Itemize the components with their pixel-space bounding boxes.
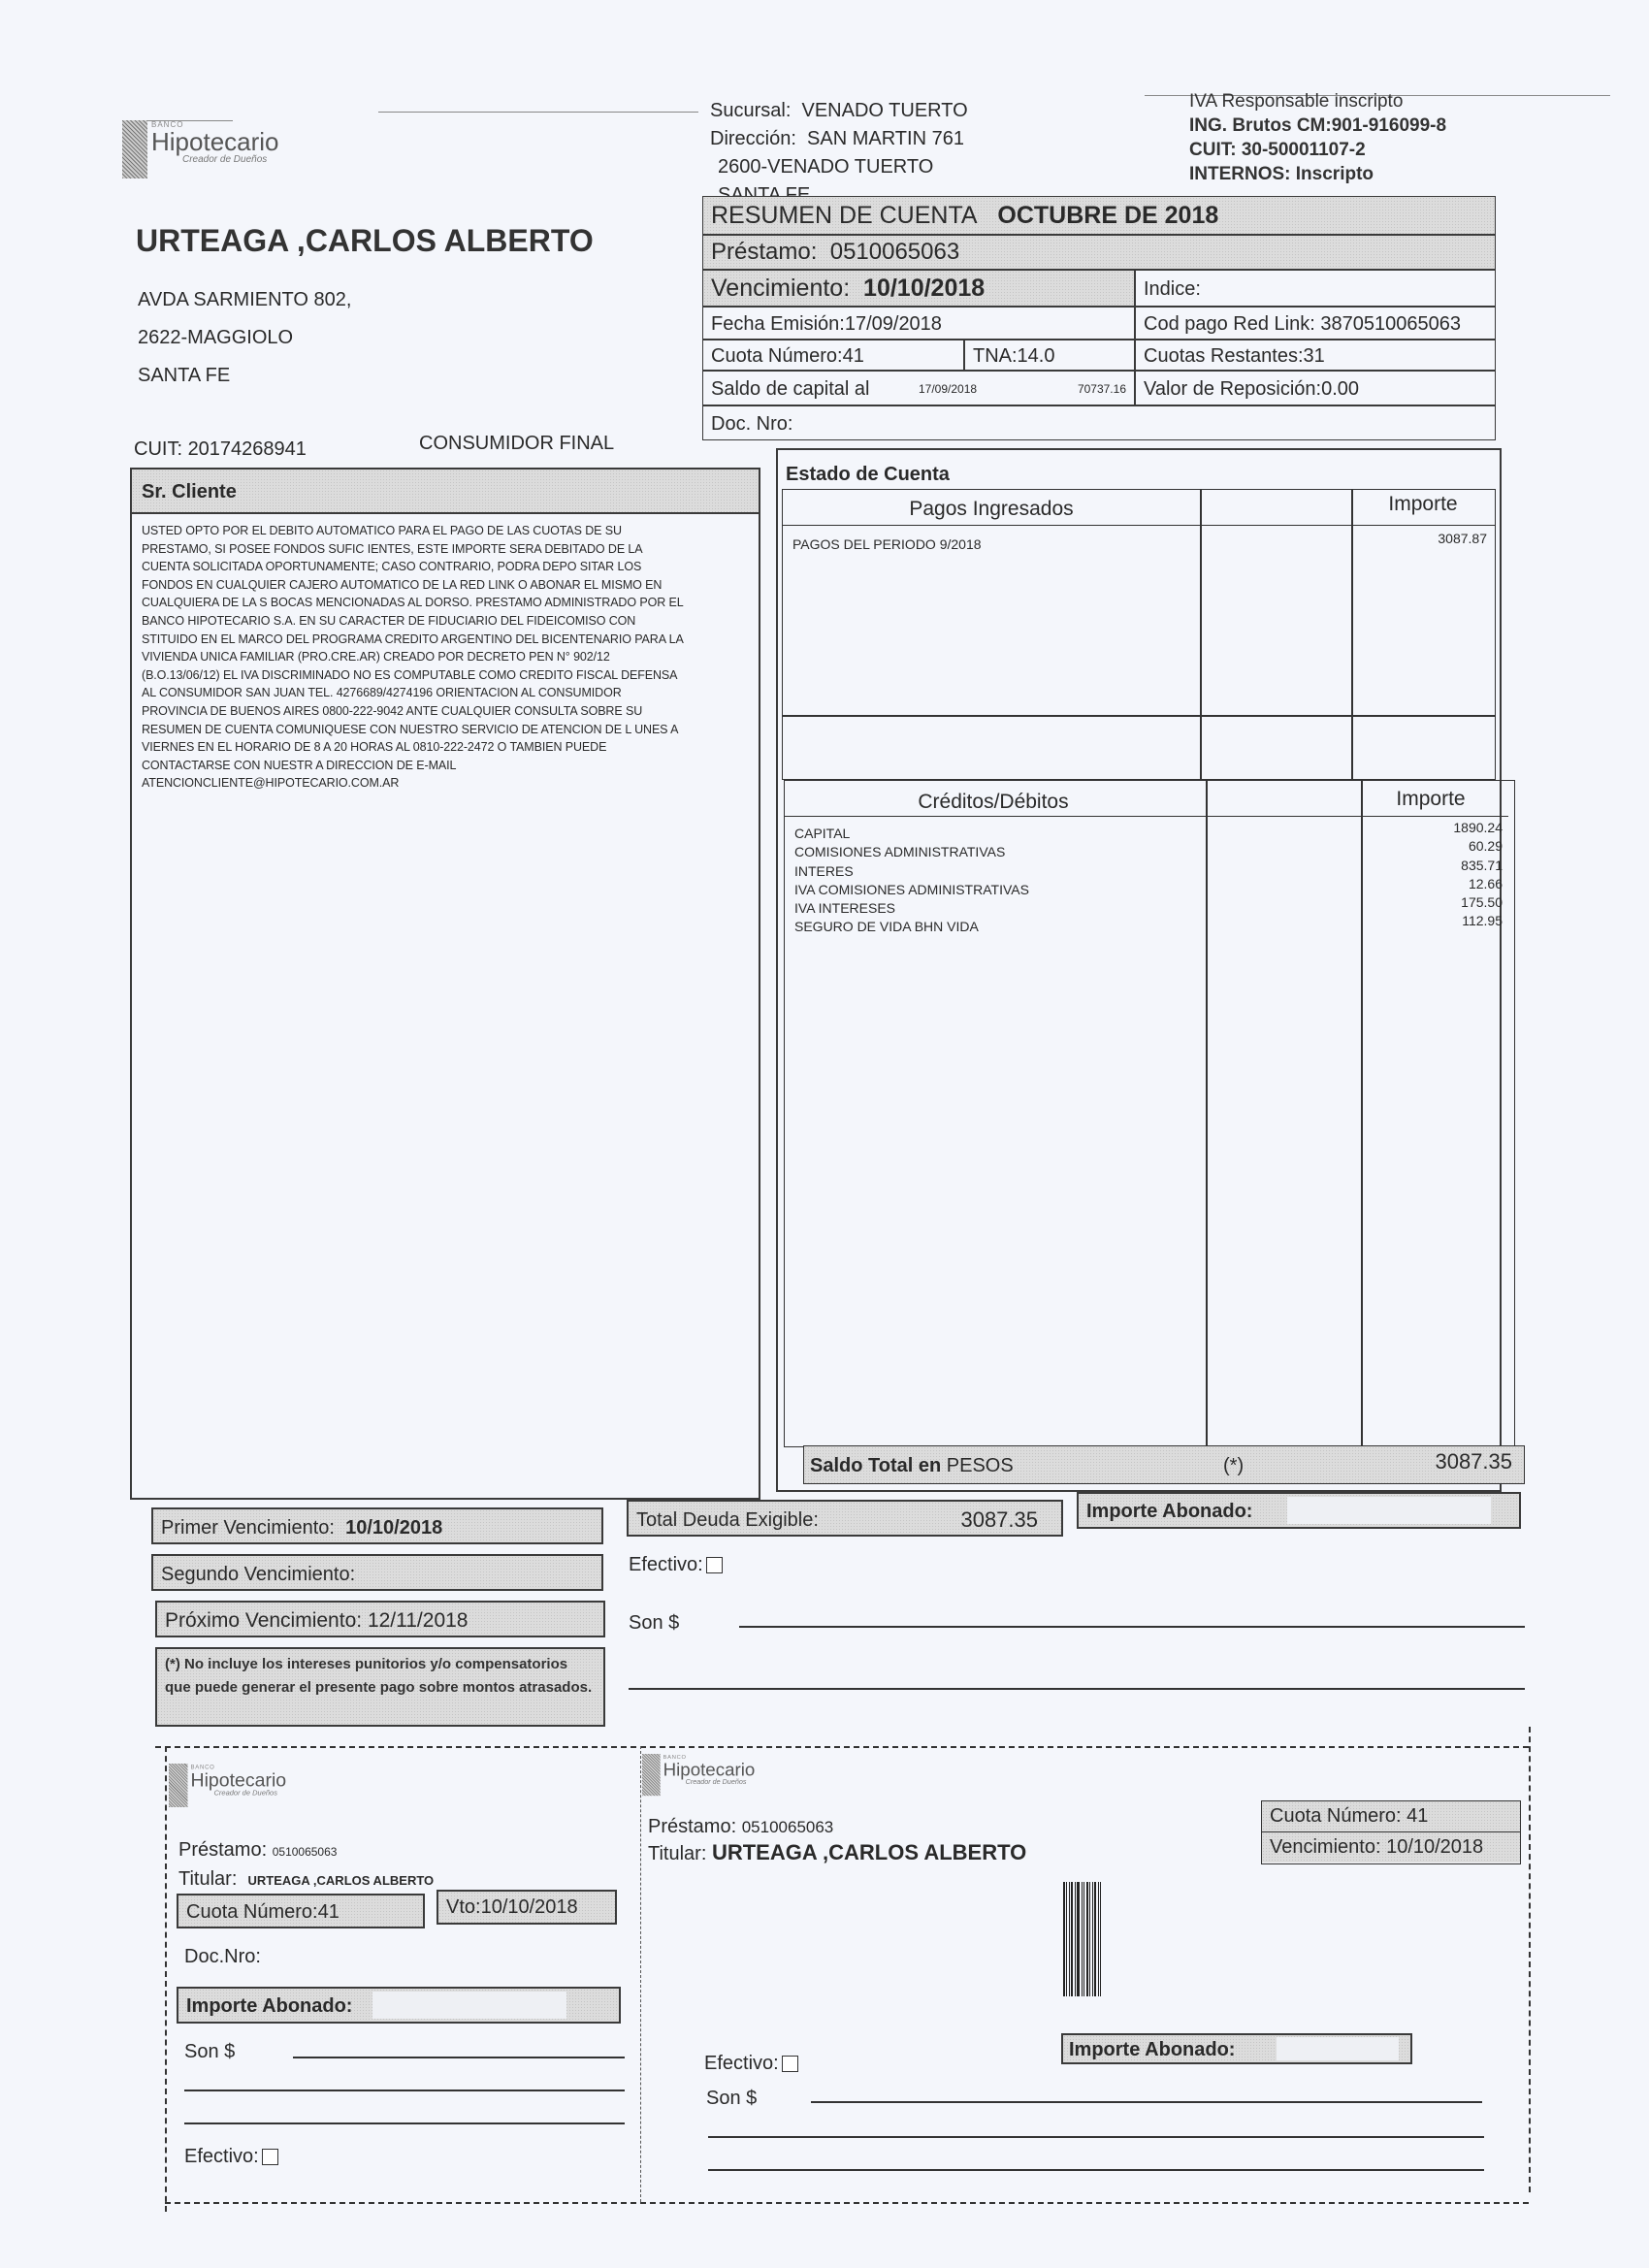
stub-left-titular-label: Titular: (178, 1868, 237, 1890)
stub-left-importe-input[interactable] (372, 1992, 566, 2019)
tax-info: IVA Responsable inscripto ING. Brutos CM… (1189, 89, 1446, 186)
cut-line-bottom (165, 2202, 1529, 2204)
segundo-vencimiento: Segundo Vencimiento: (151, 1554, 603, 1591)
stub-left-importe-label: Importe Abonado: (186, 1995, 352, 2017)
vencimiento-label: Vencimiento: (711, 275, 850, 302)
row-amount: 1890.24 (1453, 820, 1503, 835)
importe-abonado-field[interactable]: Importe Abonado: (1077, 1492, 1521, 1529)
cod-pago-red-link: Cod pago Red Link: 3870510065063 (1135, 307, 1496, 340)
prestamo-value: 0510065063 (830, 239, 959, 265)
total-currency: PESOS (947, 1455, 1014, 1476)
row-amount: 175.50 (1461, 894, 1503, 910)
notice-line: AL CONSUMIDOR SAN JUAN TEL. 4276689/4274… (142, 684, 749, 702)
barcode-icon (1063, 1882, 1106, 1996)
stub-right-logo: BANCO Hipotecario Creador de Dueños (642, 1754, 755, 1796)
stub-left-efectivo-label: Efectivo: (184, 2146, 259, 2167)
row-amount: 835.71 (1461, 858, 1503, 873)
stub-left-prestamo: 0510065063 (273, 1845, 338, 1859)
cut-line-right (1529, 1727, 1531, 2192)
stub-right-importe-abonado[interactable]: Importe Abonado: (1061, 2033, 1412, 2064)
stub-right-cuota: Cuota Número: 41 (1262, 1801, 1520, 1832)
client-cuit: CUIT: 20174268941 (134, 438, 307, 461)
footnote: (*) No incluye los intereses punitorios … (155, 1647, 605, 1727)
branch-info: Sucursal: VENADO TUERTO Dirección: SAN M… (710, 97, 968, 210)
client-address-line2: 2622-MAGGIOLO (138, 319, 351, 357)
summary-title: RESUMEN DE CUENTA (711, 202, 978, 229)
payments-header: Pagos Ingresados (783, 490, 1200, 526)
client-iva-condition: CONSUMIDOR FINAL (419, 433, 614, 455)
stub-left-doc-nro: Doc.Nro: (184, 1946, 261, 1968)
notice-line: ATENCIONCLIENTE@HIPOTECARIO.COM.AR (142, 774, 749, 793)
primer-value: 10/10/2018 (345, 1517, 442, 1539)
notice-line: CUENTA SOLICITADA OPORTUNAMENTE; CASO CO… (142, 558, 749, 576)
table-row: CAPITAL1890.24 (791, 820, 1506, 838)
table-row: COMISIONES ADMINISTRATIVAS60.29 (791, 838, 1506, 857)
bank-cuit: CUIT: 30-50001107-2 (1189, 138, 1446, 162)
logo-mark-icon (642, 1754, 661, 1796)
efectivo-label: Efectivo: (629, 1554, 703, 1575)
stub-right-efectivo[interactable]: Efectivo: (704, 2053, 798, 2075)
stub-left-efectivo[interactable]: Efectivo: (184, 2146, 278, 2168)
table-row: IVA COMISIONES ADMINISTRATIVAS12.66 (791, 876, 1506, 894)
iva-condition: IVA Responsable inscripto (1189, 89, 1446, 113)
charges-rows: CAPITAL1890.24COMISIONES ADMINISTRATIVAS… (791, 820, 1506, 932)
stub-left-efectivo-checkbox[interactable] (262, 2149, 278, 2165)
stub-right-son-label: Son $ (706, 2088, 757, 2110)
stub-left-importe-abonado[interactable]: Importe Abonado: (177, 1987, 621, 2024)
row-amount: 60.29 (1469, 838, 1503, 854)
tna: TNA:14.0 (964, 340, 1135, 371)
stub-right-son-line-2[interactable] (708, 2136, 1484, 2138)
client-cuit-value: 20174268941 (188, 438, 307, 460)
ing-brutos: ING. Brutos CM:901-916099-8 (1189, 113, 1446, 138)
client-name: URTEAGA ,CARLOS ALBERTO (136, 223, 594, 259)
summary-period: OCTUBRE DE 2018 (997, 202, 1218, 229)
doc-nro: Doc. Nro: (702, 405, 1496, 440)
stub-right-son-line-3[interactable] (708, 2169, 1484, 2171)
notice-line: CUALQUIERA DE LA S BOCAS MENCIONADAS AL … (142, 594, 749, 612)
cut-line-middle (640, 1746, 641, 2202)
direccion-value: SAN MARTIN 761 (807, 128, 964, 149)
logo-name: Hipotecario (191, 1770, 287, 1790)
stub-right-son-line-1[interactable] (811, 2101, 1482, 2103)
sucursal-label: Sucursal: (710, 100, 791, 121)
table-row: SEGURO DE VIDA BHN VIDA112.95 (791, 913, 1506, 931)
notice-line: VIERNES EN EL HORARIO DE 8 A 20 HORAS AL… (142, 738, 749, 757)
saldo-valor: 70737.16 (1078, 373, 1126, 405)
stub-left-vto: Vto:10/10/2018 (436, 1890, 617, 1925)
prestamo-row: Préstamo: 0510065063 (702, 235, 1496, 270)
indice-cell: Indice: (1135, 270, 1496, 307)
stub-left-son-label: Son $ (184, 2041, 235, 2063)
sucursal-value: VENADO TUERTO (802, 100, 968, 121)
internos: INTERNOS: Inscripto (1189, 162, 1446, 186)
row-concept: SEGURO DE VIDA BHN VIDA (794, 919, 979, 934)
cut-line-left (165, 1746, 167, 2212)
account-summary: RESUMEN DE CUENTA OCTUBRE DE 2018 Présta… (702, 196, 1496, 440)
saldo-total-row: Saldo Total en PESOS (*) 3087.35 (803, 1445, 1525, 1484)
notice-line: STITUIDO EN EL MARCO DEL PROGRAMA CREDIT… (142, 631, 749, 649)
table-row: IVA INTERESES175.50 (791, 894, 1506, 913)
stub-right-efectivo-label: Efectivo: (704, 2053, 779, 2074)
efectivo-checkbox[interactable] (706, 1557, 723, 1573)
stub-left-son-line-2[interactable] (184, 2090, 625, 2091)
total-note: (*) (1223, 1446, 1244, 1485)
cuotas-restantes: Cuotas Restantes:31 (1135, 340, 1496, 371)
total-deuda-label: Total Deuda Exigible: (636, 1509, 819, 1531)
notice-line: VIVIENDA UNICA FAMILIAR (PRO.CRE.AR) CRE… (142, 648, 749, 666)
charges-table: Créditos/Débitos Importe CAPITAL1890.24C… (784, 780, 1515, 1447)
stub-right-efectivo-checkbox[interactable] (782, 2056, 798, 2072)
direccion-label: Dirección: (710, 128, 796, 149)
total-deuda-value: 3087.35 (960, 1502, 1038, 1539)
son-line-2[interactable] (629, 1688, 1525, 1690)
stub-right-titular: URTEAGA ,CARLOS ALBERTO (712, 1840, 1026, 1864)
notice-line: PROVINCIA DE BUENOS AIRES 0800-222-9042 … (142, 702, 749, 721)
notice-title: Sr. Cliente (132, 470, 759, 514)
charges-header: Créditos/Débitos (785, 781, 1202, 817)
saldo-fecha: 17/09/2018 (919, 373, 977, 405)
row-concept: PAGOS DEL PERIODO 9/2018 (792, 536, 982, 552)
notice-line: PRESTAMO, SI POSEE FONDOS SUFIC IENTES, … (142, 540, 749, 559)
logo-name: Hipotecario (151, 129, 279, 154)
bank-logo: BANCO Hipotecario Creador de Dueños (122, 120, 279, 178)
table-row: INTERES835.71 (791, 858, 1506, 876)
efectivo-option[interactable]: Efectivo: (629, 1554, 723, 1576)
stub-right-titular-label: Titular: (648, 1843, 706, 1864)
stub-right-importe-label: Importe Abonado: (1069, 2039, 1235, 2060)
importe-abonado-label: Importe Abonado: (1086, 1501, 1252, 1522)
payments-amount-header: Importe (1351, 490, 1495, 526)
payments-rows: PAGOS DEL PERIODO 9/20183087.87 (789, 531, 1491, 550)
stub-left-son-line-1[interactable] (293, 2057, 625, 2058)
saldo-capital: Saldo de capital al 17/09/2018 70737.16 (702, 371, 1135, 405)
notice-line: BANCO HIPOTECARIO S.A. EN SU CARACTER DE… (142, 612, 749, 631)
notice-body: USTED OPTO POR EL DEBITO AUTOMATICO PARA… (132, 514, 759, 800)
prestamo-label: Préstamo: (711, 239, 817, 265)
notice-line: RESUMEN DE CUENTA COMUNIQUESE CON NUESTR… (142, 721, 749, 739)
client-address-line1: AVDA SARMIENTO 802, (138, 281, 351, 319)
stub-left-titular: URTEAGA ,CARLOS ALBERTO (248, 1873, 435, 1888)
charges-amount-header: Importe (1353, 781, 1508, 817)
notice-line: USTED OPTO POR EL DEBITO AUTOMATICO PARA… (142, 522, 749, 540)
stub-right-prestamo: 0510065063 (742, 1818, 834, 1836)
total-label: Saldo Total en (804, 1455, 941, 1476)
client-cuit-label: CUIT: (134, 438, 182, 460)
stub-right-vencimiento: Vencimiento: 10/10/2018 (1262, 1832, 1520, 1863)
proximo-vencimiento: Próximo Vencimiento: 12/11/2018 (155, 1601, 605, 1637)
proximo-value: 12/11/2018 (368, 1609, 469, 1632)
payments-table: Pagos Ingresados Importe PAGOS DEL PERIO… (782, 489, 1496, 780)
proximo-label: Próximo Vencimiento: (165, 1609, 362, 1632)
cut-line-top (155, 1746, 1529, 1748)
logo-tagline: Creador de Dueños (151, 154, 279, 165)
stub-right-importe-input[interactable] (1277, 2037, 1399, 2060)
total-value: 3087.35 (1435, 1442, 1512, 1481)
notice-line: FONDOS EN CUALQUIER CAJERO AUTOMATICO DE… (142, 576, 749, 595)
logo-mark-icon (122, 120, 147, 178)
fecha-emision: Fecha Emisión:17/09/2018 (702, 307, 1135, 340)
son-label: Son $ (629, 1612, 679, 1635)
client-address: AVDA SARMIENTO 802, 2622-MAGGIOLO SANTA … (138, 281, 351, 395)
logo-tagline: Creador de Dueños (663, 1778, 756, 1786)
payments-header-blank (1200, 490, 1351, 526)
logo-name: Hipotecario (663, 1760, 756, 1778)
charges-header-blank (1202, 781, 1353, 817)
primer-vencimiento: Primer Vencimiento: 10/10/2018 (151, 1507, 603, 1544)
stub-right-cuota-box: Cuota Número: 41 Vencimiento: 10/10/2018 (1261, 1800, 1521, 1864)
vencimiento-value: 10/10/2018 (863, 275, 985, 302)
summary-title-row: RESUMEN DE CUENTA OCTUBRE DE 2018 (702, 196, 1496, 235)
logo-tagline: Creador de Dueños (191, 1789, 287, 1797)
row-amount: 112.95 (1462, 913, 1503, 928)
row-amount: 12.66 (1469, 876, 1503, 891)
valor-reposicion: Valor de Reposición:0.00 (1135, 371, 1496, 405)
row-amount: 3087.87 (1438, 531, 1487, 546)
branch-city: 2600-VENADO TUERTO (710, 153, 968, 181)
stub-right-info: Préstamo: 0510065063 Titular: URTEAGA ,C… (648, 1814, 1026, 1866)
total-deuda-exigible: Total Deuda Exigible: 3087.35 (627, 1500, 1063, 1537)
stub-left-prestamo-label: Préstamo: (178, 1839, 267, 1861)
saldo-label: Saldo de capital al (711, 378, 869, 400)
stub-left-son-line-3[interactable] (184, 2122, 625, 2124)
primer-label: Primer Vencimiento: (161, 1517, 335, 1539)
cuota-numero: Cuota Número:41 (702, 340, 964, 371)
notice-line: (B.O.13/06/12) EL IVA DISCRIMINADO NO ES… (142, 666, 749, 685)
notice-line: CONTACTARSE CON NUESTR A DIRECCION DE E-… (142, 757, 749, 775)
stub-left-info: Préstamo: 0510065063 Titular: URTEAGA ,C… (178, 1836, 434, 1895)
stub-left-logo: BANCO Hipotecario Creador de Dueños (169, 1764, 286, 1807)
logo-mark-icon (169, 1764, 188, 1807)
vencimiento-row: Vencimiento: 10/10/2018 (702, 270, 1135, 307)
statement-panel: Estado de Cuenta Pagos Ingresados Import… (776, 448, 1502, 1492)
notice-panel: Sr. Cliente USTED OPTO POR EL DEBITO AUT… (130, 468, 760, 1500)
table-row: PAGOS DEL PERIODO 9/20183087.87 (789, 531, 1491, 550)
client-address-line3: SANTA FE (138, 357, 351, 395)
son-line-1[interactable] (739, 1626, 1525, 1628)
importe-abonado-input[interactable] (1287, 1497, 1491, 1524)
statement-title: Estado de Cuenta (778, 450, 1500, 486)
stub-left-cuota: Cuota Número:41 (177, 1894, 425, 1928)
stub-right-prestamo-label: Préstamo: (648, 1816, 736, 1837)
